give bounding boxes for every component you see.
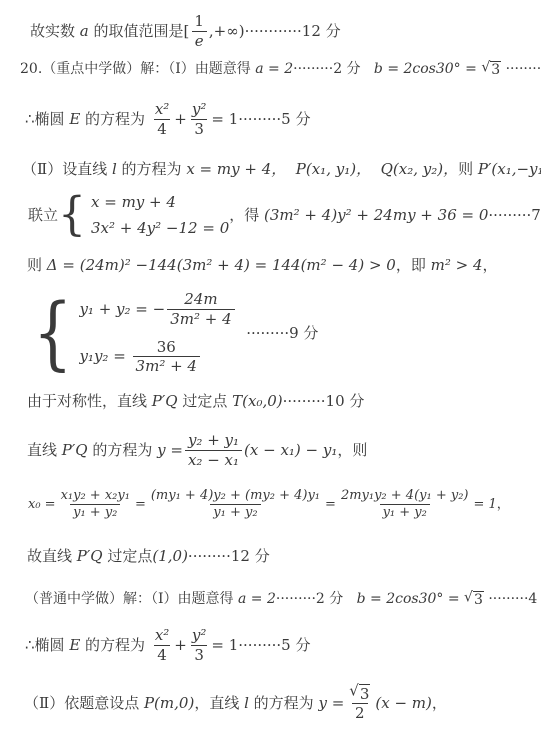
cjk-text: 过定点 <box>178 392 233 411</box>
denominator: 4 <box>154 645 170 665</box>
numerator: (my₁ + 4)y₂ + (my₂ + 4)y₁ <box>148 488 323 504</box>
radicand: 3 <box>359 684 371 703</box>
fraction: x² 4 <box>152 626 172 665</box>
numerator: 24m <box>181 290 220 309</box>
radical-sign: √ <box>464 590 473 605</box>
math-text: T(x₀,0) <box>232 392 283 411</box>
cjk-text: 故实数 <box>30 22 80 41</box>
score-marker: ············12 分 <box>245 22 341 41</box>
math-text: (1,0) <box>152 547 188 566</box>
fraction: y₂ + y₁ x₂ − x₁ <box>185 431 242 470</box>
numerator: √ 3 <box>346 684 373 703</box>
numerator: x² <box>152 626 172 645</box>
math-text: = 1 <box>474 497 497 513</box>
square-root: √ 3 <box>464 591 484 609</box>
cjk-text: 的方程为 <box>80 636 150 655</box>
radical-sign: √ <box>481 60 490 75</box>
fraction: 24m 3m² + 4 <box>167 290 234 329</box>
cjk-text: ，直线 <box>194 694 244 713</box>
x0-computation-line: x₀ = x₁y₂ + x₂y₁ y₁ + y₂ = (my₁ + 4)y₂ +… <box>28 488 510 522</box>
score-marker: ·········4 分 <box>484 591 541 609</box>
math-text: P′Q <box>62 441 88 460</box>
math-text: P′Q <box>152 392 178 411</box>
fraction: 1 e <box>191 12 207 51</box>
math-text: a = 2 <box>255 61 293 79</box>
numerator: y² <box>189 100 210 119</box>
denominator: y₁ + y₂ <box>380 504 430 521</box>
fraction: 36 3m² + 4 <box>133 338 200 377</box>
discriminant-line: 则 Δ = (24m)² −144(3m² + 4) = 144(m² − 4)… <box>27 256 498 275</box>
equation: x = my + 4 <box>91 193 229 212</box>
vieta-system-line: { y₁ + y₂ = − 24m 3m² + 4 y₁y₂ = 36 3m² … <box>33 290 318 376</box>
math-text: x₀ = <box>28 497 56 513</box>
cjk-text: （Ⅱ）依题意设点 <box>24 694 144 713</box>
score-marker: ·········2 分 <box>293 61 360 79</box>
score-marker: ·········4 分 <box>501 61 541 79</box>
math-text: = 1 <box>211 110 238 129</box>
score-marker: ·········10 分 <box>283 392 365 411</box>
fraction: (my₁ + 4)y₂ + (my₂ + 4)y₁ y₁ + y₂ <box>148 488 323 522</box>
math-text: Δ = (24m)² −144(3m² + 4) = 144(m² − 4) >… <box>42 256 396 275</box>
cjk-text: 的方程为 <box>88 441 158 460</box>
math-text: P(m,0) <box>144 694 194 713</box>
cjk-text: ， <box>483 256 498 275</box>
cjk-text: 的方程为 <box>117 160 187 179</box>
equation: y₁y₂ = 36 3m² + 4 <box>79 338 236 377</box>
part2-line-equation-line: （Ⅱ）依题意设点 P(m,0) ，直线 l 的方程为 y = √ 3 2 (x … <box>24 684 447 723</box>
score-marker: ·········9 分 <box>237 324 319 343</box>
score-marker: ·········7 分 <box>488 206 541 225</box>
conclusion-range-line: 故实数 a 的取值范围是[ 1 e ,+∞) ············12 分 <box>30 12 341 51</box>
math-text: (x − m) <box>375 694 432 713</box>
cjk-text: 过定点 <box>103 547 153 566</box>
math-variable: E <box>69 110 80 129</box>
square-root: √ 3 <box>349 684 370 703</box>
fraction: √ 3 2 <box>346 684 373 723</box>
numerator: y² <box>189 626 210 645</box>
fraction: 2my₁y₂ + 4(y₁ + y₂) y₁ + y₂ <box>338 488 472 522</box>
equation-system: y₁ + y₂ = − 24m 3m² + 4 y₁y₂ = 36 3m² + … <box>79 290 236 376</box>
ellipse-equation-line-2: ∴椭圆 E 的方程为 x² 4 + y² 3 = 1 ·········5 分 <box>25 626 311 665</box>
square-root: √ 3 <box>481 61 501 79</box>
math-text: y = <box>157 441 183 460</box>
cjk-text: 20.（重点中学做）解：（Ⅰ）由题意得 <box>20 61 255 79</box>
fraction: x₁y₂ + x₂y₁ y₁ + y₂ <box>58 488 133 522</box>
system-substitution-line: 联立 { x = my + 4 3x² + 4y² −12 = 0 ，得 (3m… <box>28 193 541 238</box>
cjk-text: ， <box>432 694 447 713</box>
math-text: + <box>174 110 187 129</box>
score-marker: ·········5 分 <box>238 110 310 129</box>
math-text: y₁y₂ = <box>79 347 130 366</box>
part2-setup-line: （Ⅱ）设直线 l 的方程为 x = my + 4， P(x₁, y₁)， Q(x… <box>22 160 541 179</box>
cjk-text: 的取值范围是[ <box>89 22 190 41</box>
math-text: = <box>135 497 146 513</box>
cjk-text: 的方程为 <box>249 694 319 713</box>
cjk-text: 故直线 <box>27 547 77 566</box>
math-text: = <box>325 497 336 513</box>
denominator: 4 <box>154 119 170 139</box>
cjk-text: （Ⅱ）设直线 <box>22 160 112 179</box>
cjk-text: 则 <box>458 160 478 179</box>
cjk-text: ，得 <box>229 206 259 225</box>
math-text: (x − x₁) − y₁ <box>244 441 337 460</box>
numerator: 1 <box>191 12 207 31</box>
equation: y₁ + y₂ = − 24m 3m² + 4 <box>79 290 236 329</box>
radical-sign: √ <box>349 683 359 699</box>
math-text: (3m² + 4)y² + 24my + 36 = 0 <box>259 206 488 225</box>
math-text: + <box>174 636 187 655</box>
denominator: e <box>192 31 207 51</box>
math-text: P′(x₁,−y₁)， <box>478 160 541 179</box>
cjk-text: 由于对称性，直线 <box>27 392 152 411</box>
line-pq-equation-line: 直线 P′Q 的方程为 y = y₂ + y₁ x₂ − x₁ (x − x₁)… <box>27 431 367 470</box>
denominator: 3 <box>191 119 207 139</box>
denominator: y₁ + y₂ <box>210 504 260 521</box>
cjk-text: ∴椭圆 <box>25 636 69 655</box>
system-brace: { <box>58 192 86 238</box>
fraction: x² 4 <box>152 100 172 139</box>
math-text: P′Q <box>77 547 103 566</box>
denominator: y₁ + y₂ <box>70 504 120 521</box>
math-text: b = 2cos30° = <box>343 591 464 609</box>
numerator: x² <box>152 100 172 119</box>
math-text: y = <box>318 694 344 713</box>
cjk-text: 联立 <box>28 206 58 225</box>
cjk-text: 的方程为 <box>80 110 150 129</box>
fixed-point-conclusion-line: 故直线 P′Q 过定点 (1,0) ·········12 分 <box>27 547 270 566</box>
ordinary-school-part1-line: （普通中学做）解：（Ⅰ）由题意得 a = 2 ·········2 分 b = … <box>25 591 541 609</box>
denominator: 2 <box>352 703 368 723</box>
denominator: 3m² + 4 <box>167 309 234 329</box>
scanned-math-solution-page: 故实数 a 的取值范围是[ 1 e ,+∞) ············12 分 … <box>0 0 541 741</box>
score-marker: ·········12 分 <box>188 547 270 566</box>
math-text: a = 2 <box>238 591 276 609</box>
math-text: x = my + 4， P(x₁, y₁)， Q(x₂, y₂)， <box>186 160 458 179</box>
cjk-text: （普通中学做）解：（Ⅰ）由题意得 <box>25 591 238 609</box>
system-brace: { <box>33 293 72 372</box>
math-text: ,+∞) <box>209 22 245 41</box>
numerator: x₁y₂ + x₂y₁ <box>58 488 133 504</box>
math-text: b = 2cos30° = <box>361 61 482 79</box>
radicand: 3 <box>490 61 501 79</box>
cjk-text: ，即 <box>396 256 426 275</box>
numerator: 2my₁y₂ + 4(y₁ + y₂) <box>338 488 472 504</box>
numerator: y₂ + y₁ <box>185 431 242 450</box>
ellipse-equation-line: ∴椭圆 E 的方程为 x² 4 + y² 3 = 1 ·········5 分 <box>25 100 311 139</box>
cjk-text: ， <box>497 497 510 513</box>
numerator: 36 <box>154 338 179 357</box>
denominator: 3m² + 4 <box>133 356 200 376</box>
cjk-text: ∴椭圆 <box>25 110 69 129</box>
math-text: = 1 <box>211 636 238 655</box>
score-marker: ·········2 分 <box>276 591 343 609</box>
radicand: 3 <box>473 591 484 609</box>
cjk-text: 直线 <box>27 441 62 460</box>
equation: 3x² + 4y² −12 = 0 <box>91 219 229 238</box>
cjk-text: 则 <box>27 256 42 275</box>
denominator: 3 <box>191 645 207 665</box>
math-text: y₁ + y₂ = − <box>79 300 165 319</box>
math-variable: a <box>80 22 89 41</box>
cjk-text: ，则 <box>337 441 367 460</box>
problem-20-keypoint-part1-line: 20.（重点中学做）解：（Ⅰ）由题意得 a = 2 ·········2 分 b… <box>20 61 541 79</box>
equation-system: x = my + 4 3x² + 4y² −12 = 0 <box>91 193 229 238</box>
score-marker: ·········5 分 <box>238 636 310 655</box>
math-text: m² > 4 <box>426 256 483 275</box>
fraction: y² 3 <box>189 100 210 139</box>
denominator: x₂ − x₁ <box>185 450 242 470</box>
math-variable: E <box>69 636 80 655</box>
symmetry-fixed-point-line: 由于对称性，直线 P′Q 过定点 T(x₀,0) ·········10 分 <box>27 392 364 411</box>
fraction: y² 3 <box>189 626 210 665</box>
